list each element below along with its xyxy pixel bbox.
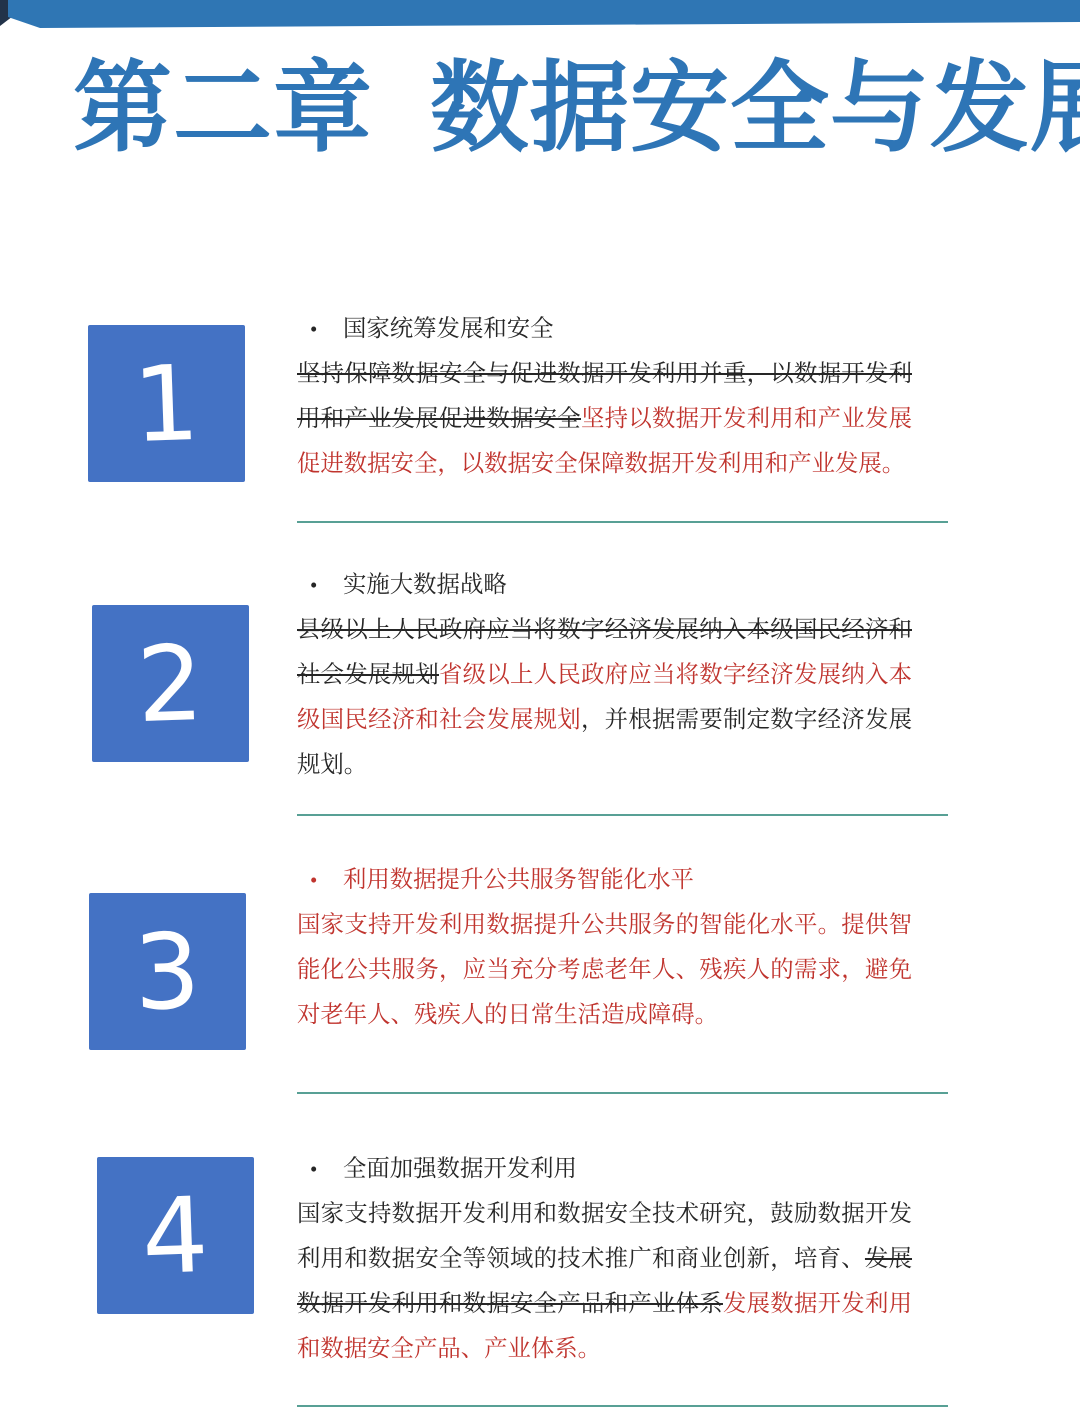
banner-ribbon [0,0,1080,29]
bullet-icon: • [297,1147,343,1192]
section-4-text: • 全面加强数据开发利用 国家支持数据开发利用和数据安全技术研究，鼓励数据开发利… [297,1147,912,1372]
document-page: 第二章 数据安全与发展 1 2 3 4 • 国家统筹发展和安全 坚持保障数据安全… [0,0,1080,1409]
section-divider [297,1092,948,1094]
section-1-heading: • 国家统筹发展和安全 [297,307,912,352]
section-2-heading: • 实施大数据战略 [297,563,912,608]
section-1-body: 坚持保障数据安全与促进数据开发利用并重，以数据开发利用和产业发展促进数据安全坚持… [297,352,912,487]
bullet-icon: • [297,307,343,352]
section-2-body: 县级以上人民政府应当将数字经济发展纳入本级国民经济和社会发展规划省级以上人民政府… [297,608,912,788]
section-2-number-badge: 2 [92,605,249,762]
section-1-number-badge: 1 [88,325,245,482]
section-3-number: 3 [133,918,203,1024]
page-title: 第二章 数据安全与发展 [73,50,1080,165]
section-1-number: 1 [132,350,202,456]
section-3-body: 国家支持开发利用数据提升公共服务的智能化水平。提供智能化公共服务，应当充分考虑老… [297,903,912,1038]
section-3-heading: • 利用数据提升公共服务智能化水平 [297,858,912,903]
section-2-heading-text: 实施大数据战略 [343,563,507,608]
section-divider [297,1405,948,1407]
section-divider [297,814,948,816]
top-banner [0,0,1080,32]
section-4-number-badge: 4 [97,1157,254,1314]
section-divider [297,521,948,523]
section-1-heading-text: 国家统筹发展和安全 [343,307,554,352]
section-3-number-badge: 3 [89,893,246,1050]
section-2-number: 2 [136,630,206,736]
section-2-text: • 实施大数据战略 县级以上人民政府应当将数字经济发展纳入本级国民经济和社会发展… [297,563,912,788]
section-4-body: 国家支持数据开发利用和数据安全技术研究，鼓励数据开发利用和数据安全等领域的技术推… [297,1192,912,1372]
section-4-number: 4 [141,1182,211,1288]
bullet-icon: • [297,858,343,903]
section-4-heading-text: 全面加强数据开发利用 [343,1147,577,1192]
section-3-text: • 利用数据提升公共服务智能化水平 国家支持开发利用数据提升公共服务的智能化水平… [297,858,912,1038]
section-4-heading: • 全面加强数据开发利用 [297,1147,912,1192]
section-3-heading-text: 利用数据提升公共服务智能化水平 [343,858,694,903]
section-1-text: • 国家统筹发展和安全 坚持保障数据安全与促进数据开发利用并重，以数据开发利用和… [297,307,912,487]
bullet-icon: • [297,563,343,608]
